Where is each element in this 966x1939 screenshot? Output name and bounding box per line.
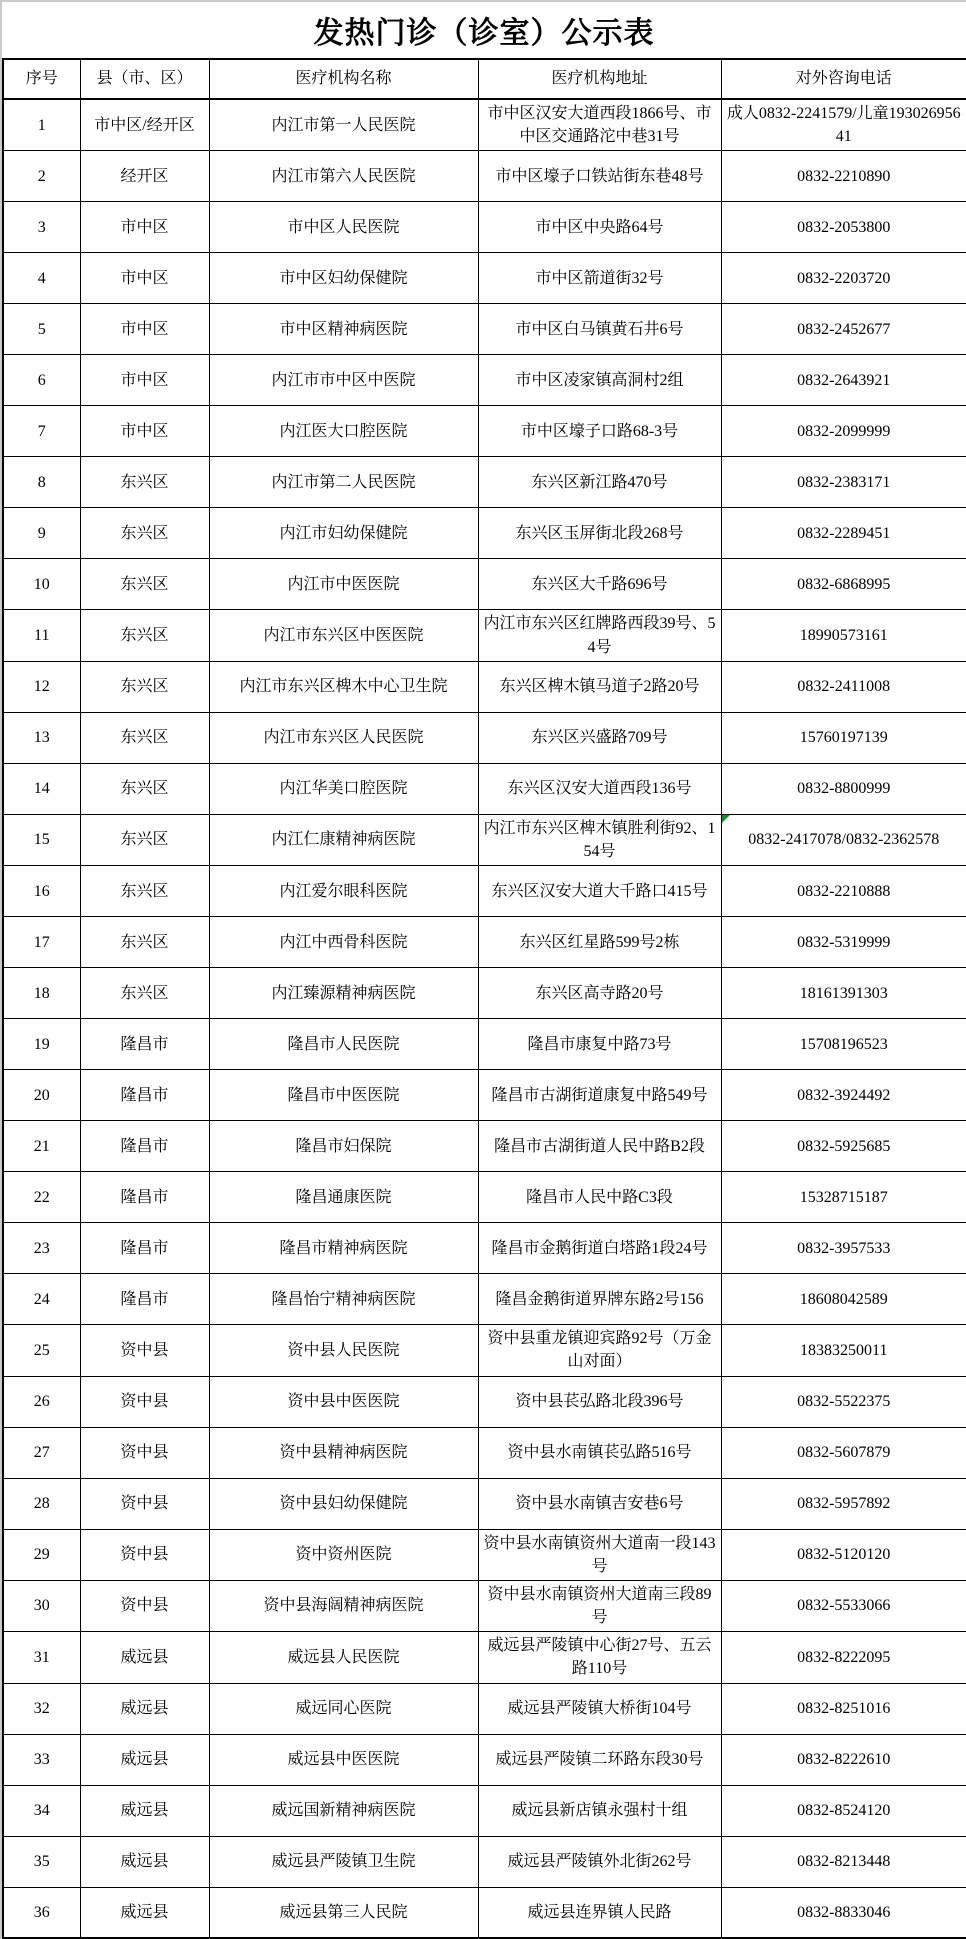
institution-name-cell: 市中区妇幼保健院 bbox=[209, 253, 478, 304]
institution-name-cell: 内江仁康精神病医院 bbox=[209, 814, 478, 865]
phone-cell: 0832-2643921 bbox=[721, 355, 966, 406]
district-cell: 威远县 bbox=[80, 1887, 209, 1938]
institution-name-cell: 资中县中医医院 bbox=[209, 1376, 478, 1427]
table-row: 27资中县资中县精神病医院资中县水南镇苌弘路516号0832-5607879 bbox=[3, 1427, 966, 1478]
institution-name-cell: 内江市东兴区椑木中心卫生院 bbox=[209, 661, 478, 712]
institution-name-cell: 威远同心医院 bbox=[209, 1683, 478, 1734]
seq-cell: 3 bbox=[3, 202, 80, 253]
seq-cell: 16 bbox=[3, 866, 80, 917]
table-row: 19隆昌市隆昌市人民医院隆昌市康复中路73号15708196523 bbox=[3, 1019, 966, 1070]
institution-address-cell: 市中区凌家镇高洞村2组 bbox=[478, 355, 721, 406]
table-row: 17东兴区内江中西骨科医院东兴区红星路599号2栋0832-5319999 bbox=[3, 917, 966, 968]
table-row: 18东兴区内江臻源精神病医院东兴区高寺路20号18161391303 bbox=[3, 968, 966, 1019]
phone-cell: 18383250011 bbox=[721, 1325, 966, 1376]
institution-address-cell: 东兴区玉屏街北段268号 bbox=[478, 508, 721, 559]
institution-address-cell: 市中区箭道街32号 bbox=[478, 253, 721, 304]
phone-cell: 0832-2210890 bbox=[721, 151, 966, 202]
institution-name-cell: 内江市妇幼保健院 bbox=[209, 508, 478, 559]
institution-address-cell: 威远县严陵镇中心街27号、五云路110号 bbox=[478, 1632, 721, 1683]
district-cell: 市中区 bbox=[80, 253, 209, 304]
district-cell: 隆昌市 bbox=[80, 1019, 209, 1070]
seq-cell: 31 bbox=[3, 1632, 80, 1683]
institution-name-cell: 内江市第六人民医院 bbox=[209, 151, 478, 202]
table-row: 32威远县威远同心医院威远县严陵镇大桥街104号0832-8251016 bbox=[3, 1683, 966, 1734]
phone-cell: 18990573161 bbox=[721, 610, 966, 661]
district-cell: 东兴区 bbox=[80, 712, 209, 763]
seq-cell: 14 bbox=[3, 763, 80, 814]
institution-address-cell: 市中区壕子口路68-3号 bbox=[478, 406, 721, 457]
institution-address-cell: 资中县水南镇资州大道南三段89号 bbox=[478, 1580, 721, 1631]
phone-cell: 0832-5957892 bbox=[721, 1478, 966, 1529]
institution-address-cell: 内江市东兴区红牌路西段39号、54号 bbox=[478, 610, 721, 661]
institution-name-cell: 内江医大口腔医院 bbox=[209, 406, 478, 457]
phone-cell: 0832-8213448 bbox=[721, 1836, 966, 1887]
table-row: 28资中县资中县妇幼保健院资中县水南镇吉安巷6号0832-5957892 bbox=[3, 1478, 966, 1529]
district-cell: 市中区 bbox=[80, 202, 209, 253]
phone-cell: 15760197139 bbox=[721, 712, 966, 763]
phone-cell: 18608042589 bbox=[721, 1274, 966, 1325]
district-cell: 隆昌市 bbox=[80, 1070, 209, 1121]
district-cell: 威远县 bbox=[80, 1836, 209, 1887]
institution-address-cell: 东兴区兴盛路709号 bbox=[478, 712, 721, 763]
seq-cell: 17 bbox=[3, 917, 80, 968]
institution-address-cell: 市中区中央路64号 bbox=[478, 202, 721, 253]
district-cell: 威远县 bbox=[80, 1683, 209, 1734]
seq-cell: 11 bbox=[3, 610, 80, 661]
phone-cell: 0832-2383171 bbox=[721, 457, 966, 508]
district-cell: 隆昌市 bbox=[80, 1121, 209, 1172]
institution-name-cell: 内江市东兴区中医医院 bbox=[209, 610, 478, 661]
institution-name-cell: 隆昌市人民医院 bbox=[209, 1019, 478, 1070]
table-row: 21隆昌市隆昌市妇保院隆昌市古湖街道人民中路B2段0832-5925685 bbox=[3, 1121, 966, 1172]
header-name: 医疗机构名称 bbox=[209, 59, 478, 99]
institution-name-cell: 市中区精神病医院 bbox=[209, 304, 478, 355]
institution-address-cell: 隆昌市古湖街道康复中路549号 bbox=[478, 1070, 721, 1121]
seq-cell: 35 bbox=[3, 1836, 80, 1887]
seq-cell: 29 bbox=[3, 1529, 80, 1580]
seq-cell: 33 bbox=[3, 1734, 80, 1785]
district-cell: 市中区 bbox=[80, 355, 209, 406]
header-district: 县（市、区） bbox=[80, 59, 209, 99]
phone-cell: 0832-8222610 bbox=[721, 1734, 966, 1785]
district-cell: 威远县 bbox=[80, 1734, 209, 1785]
institution-address-cell: 东兴区新江路470号 bbox=[478, 457, 721, 508]
seq-cell: 22 bbox=[3, 1172, 80, 1223]
district-cell: 市中区 bbox=[80, 304, 209, 355]
district-cell: 东兴区 bbox=[80, 814, 209, 865]
institution-address-cell: 隆昌市古湖街道人民中路B2段 bbox=[478, 1121, 721, 1172]
table-row: 3市中区市中区人民医院市中区中央路64号0832-2053800 bbox=[3, 202, 966, 253]
seq-cell: 34 bbox=[3, 1785, 80, 1836]
institution-address-cell: 隆昌市人民中路C3段 bbox=[478, 1172, 721, 1223]
phone-cell: 18161391303 bbox=[721, 968, 966, 1019]
institution-address-cell: 资中县苌弘路北段396号 bbox=[478, 1376, 721, 1427]
seq-cell: 32 bbox=[3, 1683, 80, 1734]
cell-comment-marker-icon bbox=[722, 815, 730, 823]
seq-cell: 18 bbox=[3, 968, 80, 1019]
phone-cell: 0832-2053800 bbox=[721, 202, 966, 253]
institution-name-cell: 资中资州医院 bbox=[209, 1529, 478, 1580]
district-cell: 经开区 bbox=[80, 151, 209, 202]
phone-cell: 0832-2411008 bbox=[721, 661, 966, 712]
table-row: 12东兴区内江市东兴区椑木中心卫生院东兴区椑木镇马道子2路20号0832-241… bbox=[3, 661, 966, 712]
phone-cell: 0832-2099999 bbox=[721, 406, 966, 457]
seq-cell: 1 bbox=[3, 99, 80, 151]
table-row: 9东兴区内江市妇幼保健院东兴区玉屏街北段268号0832-2289451 bbox=[3, 508, 966, 559]
seq-cell: 15 bbox=[3, 814, 80, 865]
seq-cell: 21 bbox=[3, 1121, 80, 1172]
phone-cell: 0832-5925685 bbox=[721, 1121, 966, 1172]
table-row: 8东兴区内江市第二人民医院东兴区新江路470号0832-2383171 bbox=[3, 457, 966, 508]
district-cell: 市中区/经开区 bbox=[80, 99, 209, 151]
institution-name-cell: 威远县严陵镇卫生院 bbox=[209, 1836, 478, 1887]
table-row: 34威远县威远国新精神病医院威远县新店镇永强村十组0832-8524120 bbox=[3, 1785, 966, 1836]
table-row: 14东兴区内江华美口腔医院东兴区汉安大道西段136号0832-8800999 bbox=[3, 763, 966, 814]
table-row: 24隆昌市隆昌怡宁精神病医院隆昌金鹅街道界牌东路2号15618608042589 bbox=[3, 1274, 966, 1325]
institution-name-cell: 隆昌市妇保院 bbox=[209, 1121, 478, 1172]
table-header: 序号 县（市、区） 医疗机构名称 医疗机构地址 对外咨询电话 bbox=[3, 59, 966, 99]
institution-address-cell: 市中区壕子口铁站街东巷48号 bbox=[478, 151, 721, 202]
seq-cell: 36 bbox=[3, 1887, 80, 1938]
institution-name-cell: 市中区人民医院 bbox=[209, 202, 478, 253]
institution-name-cell: 内江中西骨科医院 bbox=[209, 917, 478, 968]
district-cell: 资中县 bbox=[80, 1478, 209, 1529]
institution-address-cell: 隆昌市金鹅街道白塔路1段24号 bbox=[478, 1223, 721, 1274]
phone-cell: 0832-3957533 bbox=[721, 1223, 966, 1274]
phone-cell: 0832-8524120 bbox=[721, 1785, 966, 1836]
institution-address-cell: 东兴区大千路696号 bbox=[478, 559, 721, 610]
seq-cell: 24 bbox=[3, 1274, 80, 1325]
phone-cell: 成人0832-2241579/儿童19302695641 bbox=[721, 99, 966, 151]
institution-address-cell: 隆昌金鹅街道界牌东路2号156 bbox=[478, 1274, 721, 1325]
institution-address-cell: 内江市东兴区椑木镇胜利街92、154号 bbox=[478, 814, 721, 865]
seq-cell: 10 bbox=[3, 559, 80, 610]
fever-clinic-table: 序号 县（市、区） 医疗机构名称 医疗机构地址 对外咨询电话 1市中区/经开区内… bbox=[2, 58, 966, 1939]
institution-name-cell: 内江市中医医院 bbox=[209, 559, 478, 610]
phone-cell: 0832-2289451 bbox=[721, 508, 966, 559]
seq-cell: 13 bbox=[3, 712, 80, 763]
table-row: 36威远县威远县第三人民院威远县连界镇人民路0832-8833046 bbox=[3, 1887, 966, 1938]
notice-page: 发热门诊（诊室）公示表 序号 县（市、区） 医疗机构名称 医疗机构地址 对外咨询… bbox=[2, 2, 966, 1939]
district-cell: 威远县 bbox=[80, 1785, 209, 1836]
table-row: 23隆昌市隆昌市精神病医院隆昌市金鹅街道白塔路1段24号0832-3957533 bbox=[3, 1223, 966, 1274]
institution-address-cell: 东兴区高寺路20号 bbox=[478, 968, 721, 1019]
district-cell: 隆昌市 bbox=[80, 1172, 209, 1223]
district-cell: 资中县 bbox=[80, 1325, 209, 1376]
header-seq: 序号 bbox=[3, 59, 80, 99]
seq-cell: 6 bbox=[3, 355, 80, 406]
table-row: 20隆昌市隆昌市中医医院隆昌市古湖街道康复中路549号0832-3924492 bbox=[3, 1070, 966, 1121]
institution-name-cell: 资中县人民医院 bbox=[209, 1325, 478, 1376]
institution-name-cell: 威远县第三人民院 bbox=[209, 1887, 478, 1938]
district-cell: 东兴区 bbox=[80, 661, 209, 712]
table-body: 1市中区/经开区内江市第一人民医院市中区汉安大道西段1866号、市中区交通路沱中… bbox=[3, 99, 966, 1938]
institution-name-cell: 资中县精神病医院 bbox=[209, 1427, 478, 1478]
institution-address-cell: 威远县严陵镇二环路东段30号 bbox=[478, 1734, 721, 1785]
institution-name-cell: 内江市第一人民医院 bbox=[209, 99, 478, 151]
table-row: 29资中县资中资州医院资中县水南镇资州大道南一段143号0832-5120120 bbox=[3, 1529, 966, 1580]
phone-cell: 0832-3924492 bbox=[721, 1070, 966, 1121]
phone-cell: 0832-5533066 bbox=[721, 1580, 966, 1631]
district-cell: 资中县 bbox=[80, 1427, 209, 1478]
institution-address-cell: 东兴区红星路599号2栋 bbox=[478, 917, 721, 968]
table-row: 5市中区市中区精神病医院市中区白马镇黄石井6号0832-2452677 bbox=[3, 304, 966, 355]
header-address: 医疗机构地址 bbox=[478, 59, 721, 99]
seq-cell: 7 bbox=[3, 406, 80, 457]
seq-cell: 2 bbox=[3, 151, 80, 202]
institution-name-cell: 内江市市中区中医院 bbox=[209, 355, 478, 406]
table-row: 31威远县威远县人民医院威远县严陵镇中心街27号、五云路110号0832-822… bbox=[3, 1632, 966, 1683]
institution-address-cell: 市中区白马镇黄石井6号 bbox=[478, 304, 721, 355]
phone-cell: 15328715187 bbox=[721, 1172, 966, 1223]
table-row: 4市中区市中区妇幼保健院市中区箭道街32号0832-2203720 bbox=[3, 253, 966, 304]
table-row: 26资中县资中县中医医院资中县苌弘路北段396号0832-5522375 bbox=[3, 1376, 966, 1427]
table-row: 7市中区内江医大口腔医院市中区壕子口路68-3号0832-2099999 bbox=[3, 406, 966, 457]
district-cell: 东兴区 bbox=[80, 559, 209, 610]
institution-name-cell: 威远县人民医院 bbox=[209, 1632, 478, 1683]
institution-address-cell: 威远县严陵镇大桥街104号 bbox=[478, 1683, 721, 1734]
institution-address-cell: 东兴区汉安大道大千路口415号 bbox=[478, 866, 721, 917]
phone-cell: 0832-8251016 bbox=[721, 1683, 966, 1734]
header-phone: 对外咨询电话 bbox=[721, 59, 966, 99]
seq-cell: 8 bbox=[3, 457, 80, 508]
table-row: 10东兴区内江市中医医院东兴区大千路696号0832-6868995 bbox=[3, 559, 966, 610]
institution-address-cell: 威远县连界镇人民路 bbox=[478, 1887, 721, 1938]
institution-address-cell: 市中区汉安大道西段1866号、市中区交通路沱中巷31号 bbox=[478, 99, 721, 151]
institution-name-cell: 资中县海阔精神病医院 bbox=[209, 1580, 478, 1631]
table-row: 2经开区内江市第六人民医院市中区壕子口铁站街东巷48号0832-2210890 bbox=[3, 151, 966, 202]
phone-cell: 0832-8833046 bbox=[721, 1887, 966, 1938]
institution-name-cell: 内江臻源精神病医院 bbox=[209, 968, 478, 1019]
phone-cell: 0832-2452677 bbox=[721, 304, 966, 355]
phone-cell: 0832-8800999 bbox=[721, 763, 966, 814]
institution-name-cell: 威远县中医医院 bbox=[209, 1734, 478, 1785]
seq-cell: 26 bbox=[3, 1376, 80, 1427]
phone-cell: 0832-2203720 bbox=[721, 253, 966, 304]
seq-cell: 23 bbox=[3, 1223, 80, 1274]
table-row: 30资中县资中县海阔精神病医院资中县水南镇资州大道南三段89号0832-5533… bbox=[3, 1580, 966, 1631]
institution-name-cell: 内江市第二人民医院 bbox=[209, 457, 478, 508]
district-cell: 资中县 bbox=[80, 1580, 209, 1631]
institution-name-cell: 隆昌市中医医院 bbox=[209, 1070, 478, 1121]
phone-cell: 0832-2417078/0832-2362578 bbox=[721, 814, 966, 865]
table-row: 11东兴区内江市东兴区中医医院内江市东兴区红牌路西段39号、54号1899057… bbox=[3, 610, 966, 661]
phone-cell: 15708196523 bbox=[721, 1019, 966, 1070]
district-cell: 东兴区 bbox=[80, 917, 209, 968]
district-cell: 市中区 bbox=[80, 406, 209, 457]
district-cell: 隆昌市 bbox=[80, 1223, 209, 1274]
institution-name-cell: 内江华美口腔医院 bbox=[209, 763, 478, 814]
institution-address-cell: 东兴区汉安大道西段136号 bbox=[478, 763, 721, 814]
table-row: 35威远县威远县严陵镇卫生院威远县严陵镇外北街262号0832-8213448 bbox=[3, 1836, 966, 1887]
institution-name-cell: 隆昌怡宁精神病医院 bbox=[209, 1274, 478, 1325]
table-row: 25资中县资中县人民医院资中县重龙镇迎宾路92号（万金山对面）183832500… bbox=[3, 1325, 966, 1376]
institution-address-cell: 东兴区椑木镇马道子2路20号 bbox=[478, 661, 721, 712]
institution-address-cell: 资中县水南镇资州大道南一段143号 bbox=[478, 1529, 721, 1580]
phone-cell: 0832-6868995 bbox=[721, 559, 966, 610]
phone-cell: 0832-5120120 bbox=[721, 1529, 966, 1580]
district-cell: 东兴区 bbox=[80, 763, 209, 814]
phone-cell: 0832-5607879 bbox=[721, 1427, 966, 1478]
page-title: 发热门诊（诊室）公示表 bbox=[2, 2, 966, 58]
table-row: 16东兴区内江爱尔眼科医院东兴区汉安大道大千路口415号0832-2210888 bbox=[3, 866, 966, 917]
seq-cell: 5 bbox=[3, 304, 80, 355]
institution-name-cell: 威远国新精神病医院 bbox=[209, 1785, 478, 1836]
table-row: 1市中区/经开区内江市第一人民医院市中区汉安大道西段1866号、市中区交通路沱中… bbox=[3, 99, 966, 151]
table-row: 15东兴区内江仁康精神病医院内江市东兴区椑木镇胜利街92、154号0832-24… bbox=[3, 814, 966, 865]
table-row: 22隆昌市隆昌通康医院隆昌市人民中路C3段15328715187 bbox=[3, 1172, 966, 1223]
seq-cell: 20 bbox=[3, 1070, 80, 1121]
district-cell: 东兴区 bbox=[80, 610, 209, 661]
phone-cell: 0832-5319999 bbox=[721, 917, 966, 968]
district-cell: 隆昌市 bbox=[80, 1274, 209, 1325]
phone-cell: 0832-8222095 bbox=[721, 1632, 966, 1683]
table-row: 13东兴区内江市东兴区人民医院东兴区兴盛路709号15760197139 bbox=[3, 712, 966, 763]
table-row: 6市中区内江市市中区中医院市中区凌家镇高洞村2组0832-2643921 bbox=[3, 355, 966, 406]
seq-cell: 19 bbox=[3, 1019, 80, 1070]
institution-name-cell: 内江市东兴区人民医院 bbox=[209, 712, 478, 763]
seq-cell: 27 bbox=[3, 1427, 80, 1478]
institution-name-cell: 隆昌市精神病医院 bbox=[209, 1223, 478, 1274]
phone-cell: 0832-5522375 bbox=[721, 1376, 966, 1427]
seq-cell: 25 bbox=[3, 1325, 80, 1376]
institution-address-cell: 隆昌市康复中路73号 bbox=[478, 1019, 721, 1070]
district-cell: 东兴区 bbox=[80, 457, 209, 508]
phone-cell: 0832-2210888 bbox=[721, 866, 966, 917]
institution-name-cell: 内江爱尔眼科医院 bbox=[209, 866, 478, 917]
district-cell: 资中县 bbox=[80, 1376, 209, 1427]
seq-cell: 9 bbox=[3, 508, 80, 559]
table-row: 33威远县威远县中医医院威远县严陵镇二环路东段30号0832-8222610 bbox=[3, 1734, 966, 1785]
institution-address-cell: 资中县水南镇苌弘路516号 bbox=[478, 1427, 721, 1478]
institution-address-cell: 威远县新店镇永强村十组 bbox=[478, 1785, 721, 1836]
institution-address-cell: 威远县严陵镇外北街262号 bbox=[478, 1836, 721, 1887]
district-cell: 东兴区 bbox=[80, 866, 209, 917]
district-cell: 东兴区 bbox=[80, 508, 209, 559]
institution-address-cell: 资中县水南镇吉安巷6号 bbox=[478, 1478, 721, 1529]
seq-cell: 30 bbox=[3, 1580, 80, 1631]
seq-cell: 28 bbox=[3, 1478, 80, 1529]
institution-name-cell: 资中县妇幼保健院 bbox=[209, 1478, 478, 1529]
header-row: 序号 县（市、区） 医疗机构名称 医疗机构地址 对外咨询电话 bbox=[3, 59, 966, 99]
seq-cell: 4 bbox=[3, 253, 80, 304]
institution-address-cell: 资中县重龙镇迎宾路92号（万金山对面） bbox=[478, 1325, 721, 1376]
seq-cell: 12 bbox=[3, 661, 80, 712]
institution-name-cell: 隆昌通康医院 bbox=[209, 1172, 478, 1223]
district-cell: 资中县 bbox=[80, 1529, 209, 1580]
district-cell: 东兴区 bbox=[80, 968, 209, 1019]
district-cell: 威远县 bbox=[80, 1632, 209, 1683]
